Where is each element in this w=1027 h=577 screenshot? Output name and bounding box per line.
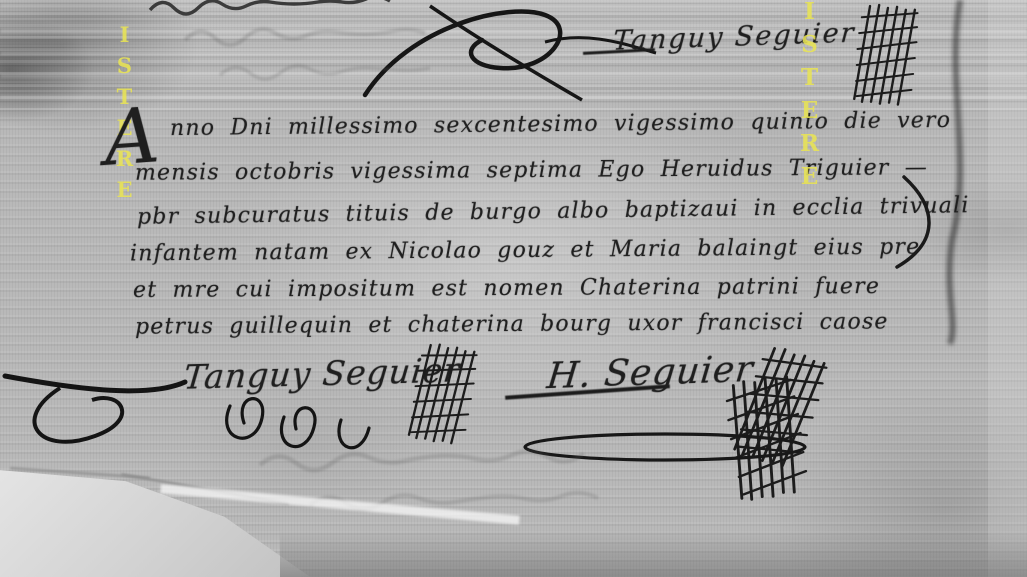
page-right-edge bbox=[988, 0, 1027, 577]
paper-fold-crease bbox=[928, 0, 992, 345]
record-line: nno Dni millessimo sexcentesimo vigessim… bbox=[170, 108, 951, 141]
ghost-writing bbox=[180, 20, 720, 90]
bottom-shadow bbox=[280, 530, 1027, 577]
manuscript-scan: ISTERE ISTERE Tanguy Seguier A nno Dni m… bbox=[0, 0, 1027, 577]
ghost-writing bbox=[250, 440, 870, 530]
watermark-right: ISTERE bbox=[796, 0, 823, 178]
paraph-crosshatch-icon bbox=[851, 3, 921, 107]
record-line: petrus guillequin et chaterina bourg uxo… bbox=[135, 309, 889, 339]
record-line: pbr subcuratus tituis de burgo albo bapt… bbox=[137, 193, 970, 230]
record-line: infantem natam ex Nicolao gouz et Maria … bbox=[130, 235, 921, 267]
decorated-initial: A bbox=[101, 90, 162, 183]
record-line: et mre cui impositum est nomen Chaterina… bbox=[133, 274, 880, 303]
